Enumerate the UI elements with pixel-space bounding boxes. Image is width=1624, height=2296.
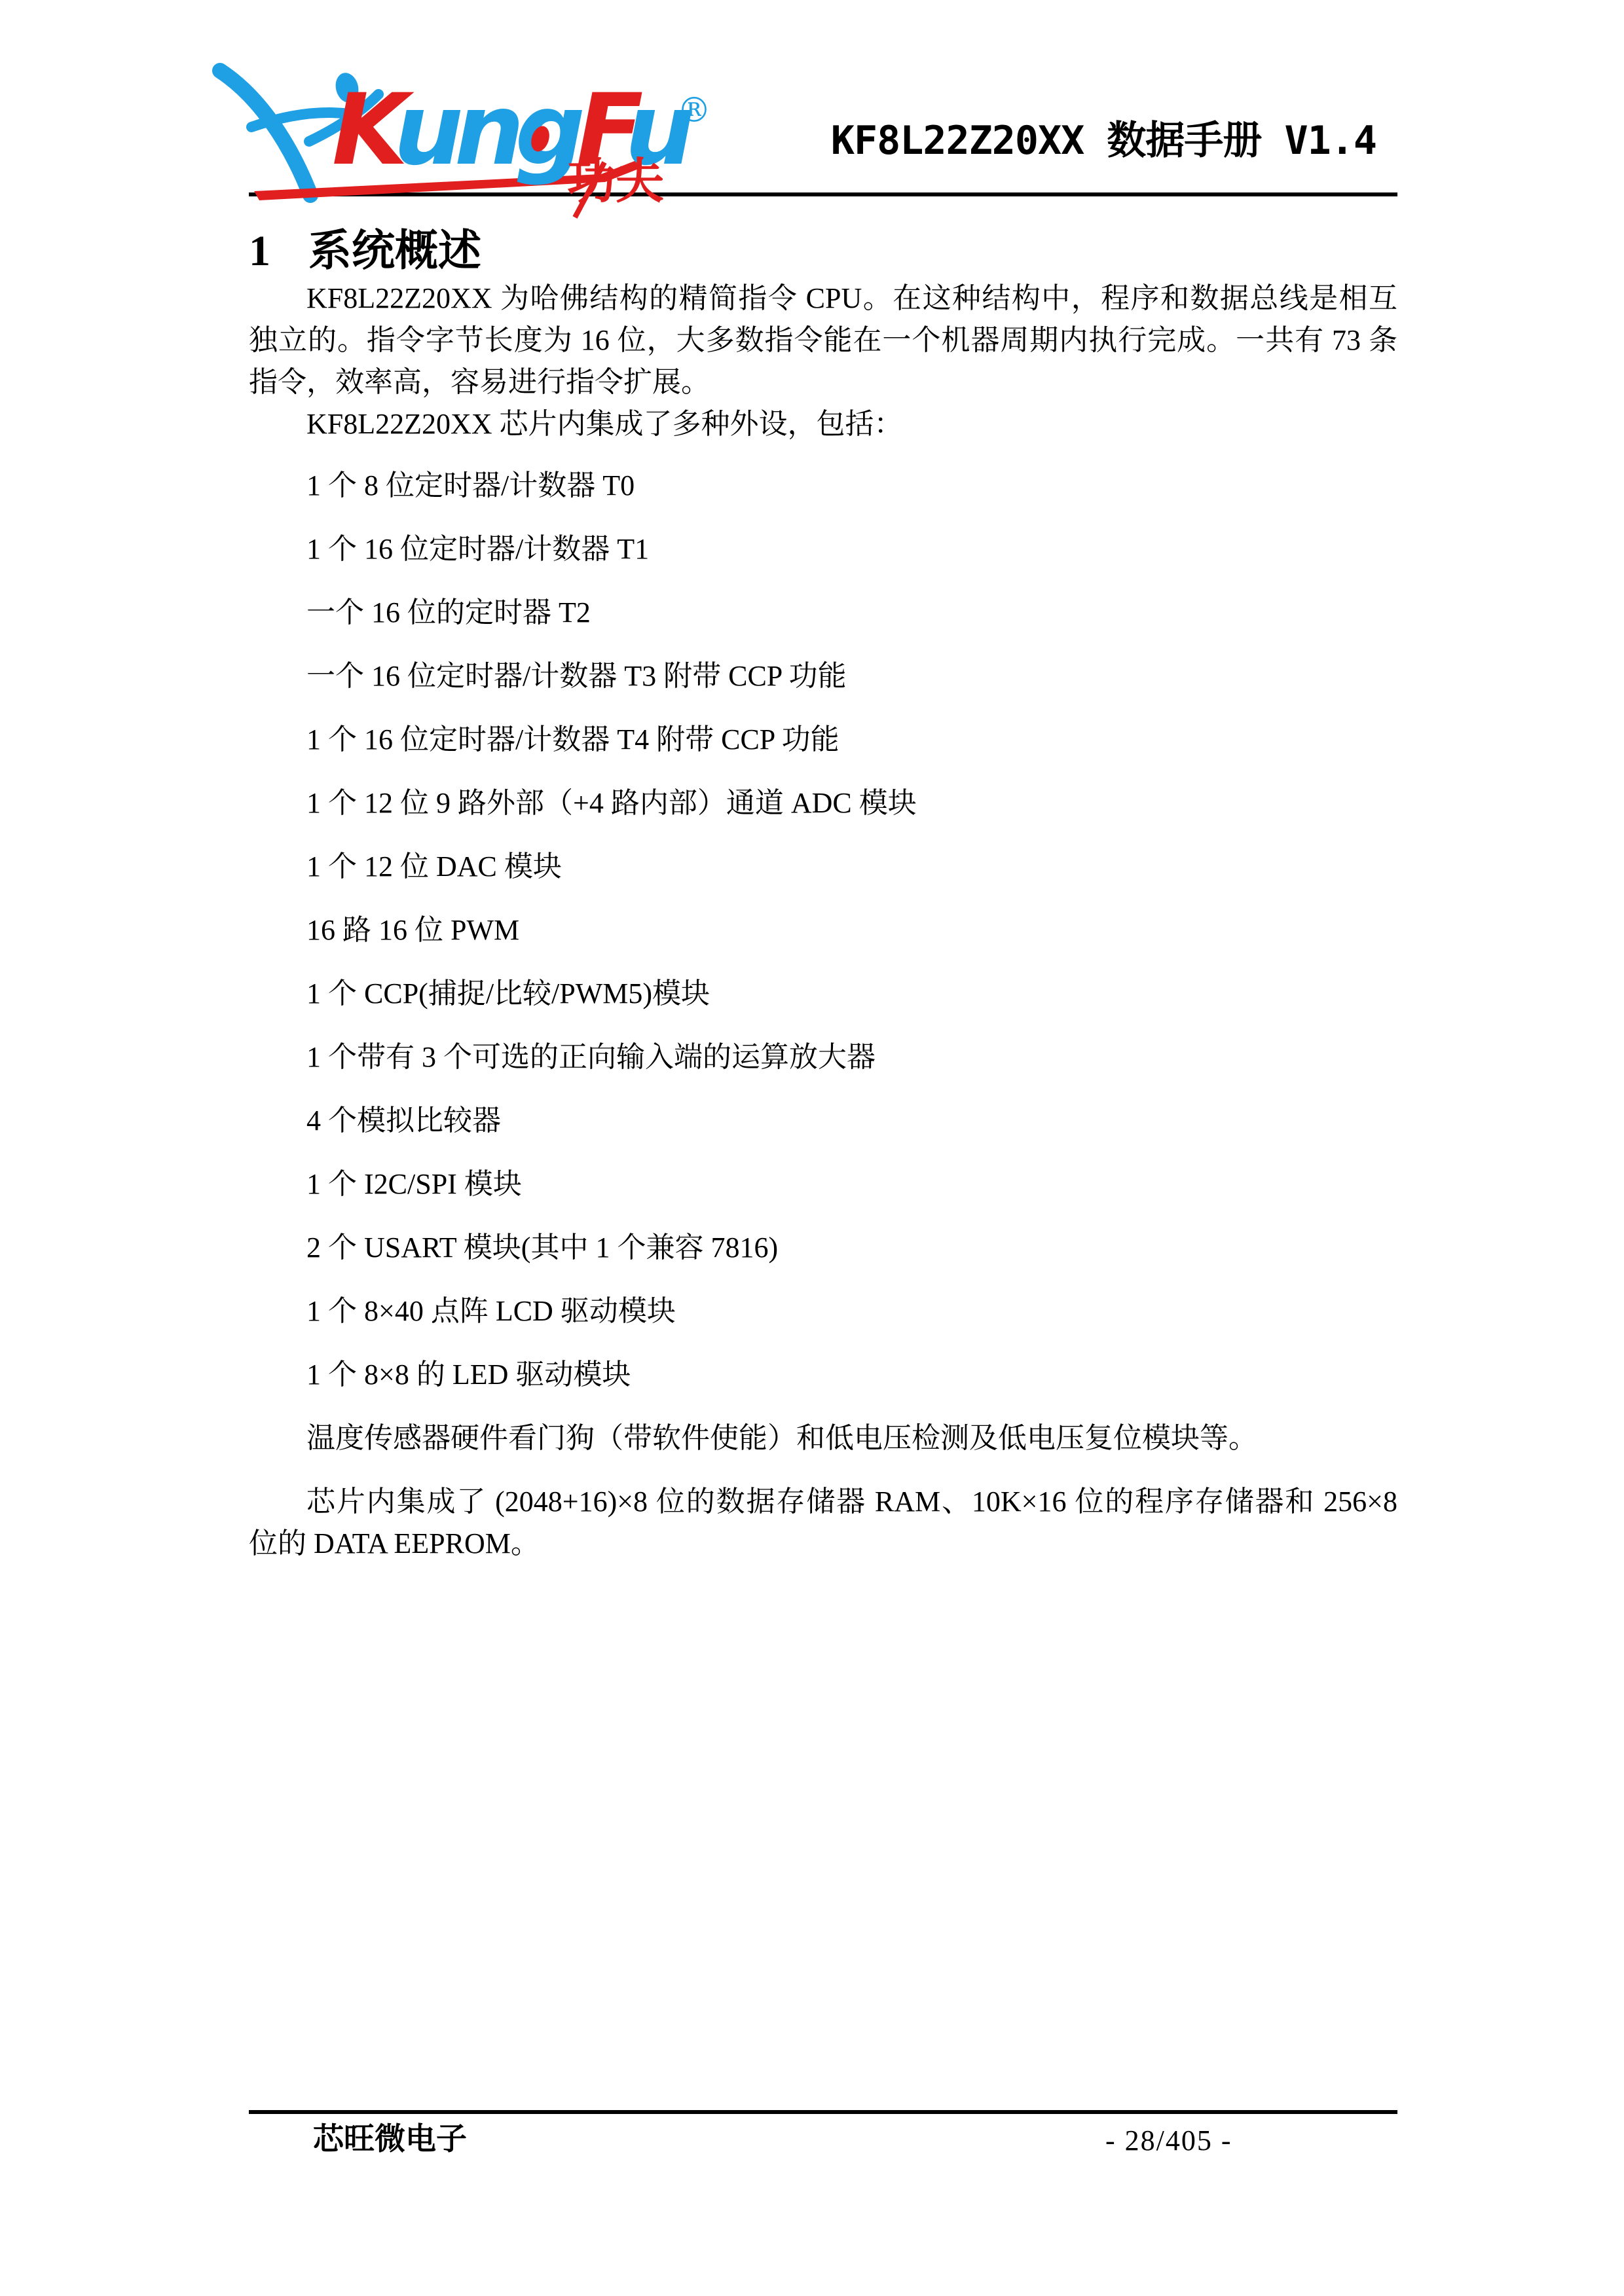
datasheet-page: KungFu ® 功夫 KF8L22Z20XX 数据手册 V1.4 1 系统概述… <box>0 0 1624 2296</box>
feature-item: 16 路 16 位 PWM <box>249 909 1397 951</box>
feature-item: 1 个 8×8 的 LED 驱动模块 <box>249 1354 1397 1396</box>
page-number: - 28/405 - <box>1105 2123 1232 2159</box>
brand-cn-text: 功夫 <box>567 153 664 210</box>
features-list: 1 个 8 位定时器/计数器 T0 1 个 16 位定时器/计数器 T1 一个 … <box>249 465 1397 1459</box>
feature-item: 1 个 16 位定时器/计数器 T1 <box>249 528 1397 570</box>
footer-company: 芯旺微电子 <box>313 2120 467 2159</box>
doc-title: KF8L22Z20XX 数据手册 V1.4 <box>831 118 1376 164</box>
feature-item: 温度传感器硬件看门狗（带软件使能）和低电压检测及低电压复位模块等。 <box>249 1417 1397 1459</box>
footer-rule <box>249 2110 1397 2114</box>
feature-item: 1 个带有 3 个可选的正向输入端的运算放大器 <box>249 1036 1397 1078</box>
feature-item: 1 个 8 位定时器/计数器 T0 <box>249 465 1397 507</box>
page-content: 1 系统概述 KF8L22Z20XX 为哈佛结构的精简指令 CPU。在这种结构中… <box>249 196 1397 1565</box>
feature-item: 一个 16 位的定时器 T2 <box>249 592 1397 634</box>
feature-item: 1 个 12 位 DAC 模块 <box>249 846 1397 888</box>
feature-item: 2 个 USART 模块(其中 1 个兼容 7816) <box>249 1227 1397 1269</box>
feature-item: 4 个模拟比较器 <box>249 1100 1397 1142</box>
section-heading: 1 系统概述 <box>249 225 1397 278</box>
registered-mark-icon: ® <box>677 91 709 130</box>
section-title: 系统概述 <box>308 225 481 278</box>
memory-paragraph: 芯片内集成了 (2048+16)×8 位的数据存储器 RAM、10K×16 位的… <box>249 1481 1397 1565</box>
feature-item: 1 个 8×40 点阵 LCD 驱动模块 <box>249 1290 1397 1332</box>
feature-item: 1 个 I2C/SPI 模块 <box>249 1163 1397 1205</box>
feature-item: 1 个 CCP(捕捉/比较/PWM5)模块 <box>249 973 1397 1015</box>
intro-paragraph: KF8L22Z20XX 为哈佛结构的精简指令 CPU。在这种结构中，程序和数据总… <box>249 278 1397 403</box>
feature-item: 1 个 16 位定时器/计数器 T4 附带 CCP 功能 <box>249 719 1397 761</box>
brand-letter: n <box>454 73 519 187</box>
kungfu-logo: KungFu ® 功夫 <box>211 62 709 221</box>
feature-item: 1 个 12 位 9 路外部（+4 路内部）通道 ADC 模块 <box>249 782 1397 824</box>
brand-letter: u <box>394 73 461 187</box>
peripherals-intro-paragraph: KF8L22Z20XX 芯片内集成了多种外设，包括： <box>249 403 1397 445</box>
section-number: 1 <box>249 225 270 278</box>
feature-item: 一个 16 位定时器/计数器 T3 附带 CCP 功能 <box>249 655 1397 697</box>
